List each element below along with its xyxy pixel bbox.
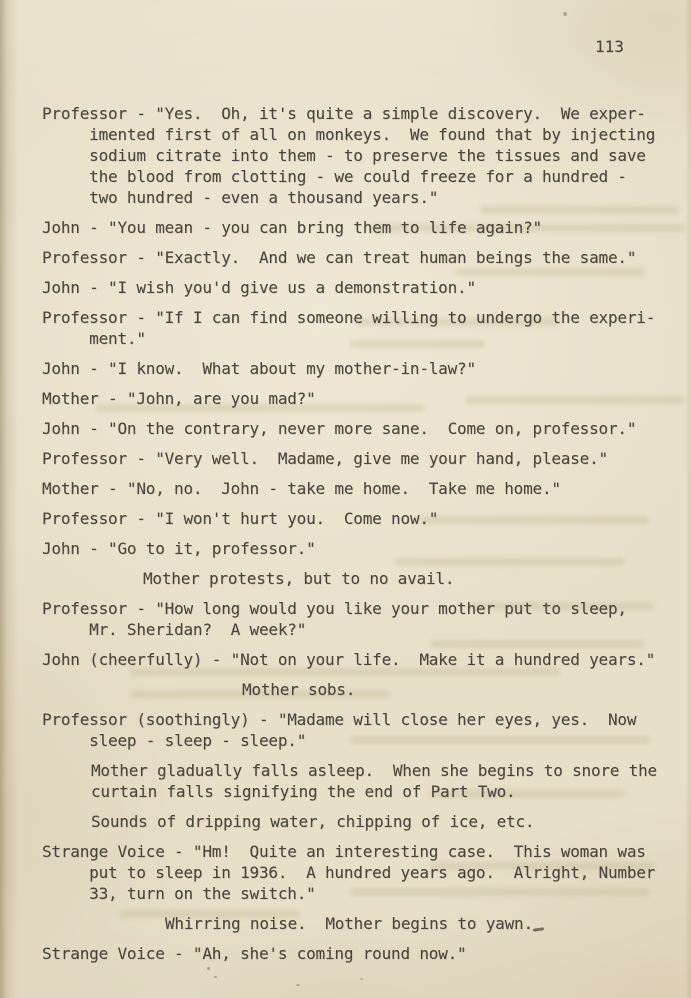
dialogue-line: Strange Voice - "Ah, she's coming round … <box>42 943 682 964</box>
paper-speck <box>563 12 567 16</box>
stage-direction: Mother sobs. <box>242 679 682 700</box>
dialogue-line: John - "You mean - you can bring them to… <box>42 217 682 238</box>
dialogue-line: John (cheerfully) - "Not on your life. M… <box>42 649 682 670</box>
stage-direction: Whirring noise. Mother begins to yawn. <box>165 913 682 934</box>
dialogue-line: Mother - "No, no. John - take me home. T… <box>42 478 682 499</box>
dialogue-line: Professor - "How long would you like you… <box>42 598 682 640</box>
pencil-dot <box>214 976 217 978</box>
dialogue-line: Professor - "Very well. Madame, give me … <box>42 448 682 469</box>
stage-direction: Mother protests, but to no avail. <box>143 568 682 589</box>
script-body: Professor - "Yes. Oh, it's quite a simpl… <box>42 103 682 973</box>
page-number: 113 <box>595 38 624 56</box>
pencil-dot <box>296 984 300 986</box>
dialogue-line: Professor - "Exactly. And we can treat h… <box>42 247 682 268</box>
dialogue-line: John - "On the contrary, never more sane… <box>42 418 682 439</box>
dialogue-line: Strange Voice - "Hm! Quite an interestin… <box>42 841 682 904</box>
manuscript-page: { "page": { "number": "113" }, "script":… <box>0 0 691 998</box>
pencil-dot <box>360 978 363 980</box>
stage-direction: Mother gladually falls asleep. When she … <box>91 760 682 802</box>
scan-edge-shadow-right <box>685 0 691 998</box>
dialogue-line: Professor - "If I can find someone willi… <box>42 307 682 349</box>
dialogue-line: John - "I know. What about my mother-in-… <box>42 358 682 379</box>
dialogue-line: Professor - "Yes. Oh, it's quite a simpl… <box>42 103 682 208</box>
scan-edge-shadow-left <box>0 0 18 998</box>
dialogue-line: John - "I wish you'd give us a demonstra… <box>42 277 682 298</box>
dialogue-line: John - "Go to it, professor." <box>42 538 682 559</box>
dialogue-line: Professor - "I won't hurt you. Come now.… <box>42 508 682 529</box>
dialogue-line: Professor (soothingly) - "Madame will cl… <box>42 709 682 751</box>
stage-direction: Sounds of dripping water, chipping of ic… <box>91 811 682 832</box>
dialogue-line: Mother - "John, are you mad?" <box>42 388 682 409</box>
